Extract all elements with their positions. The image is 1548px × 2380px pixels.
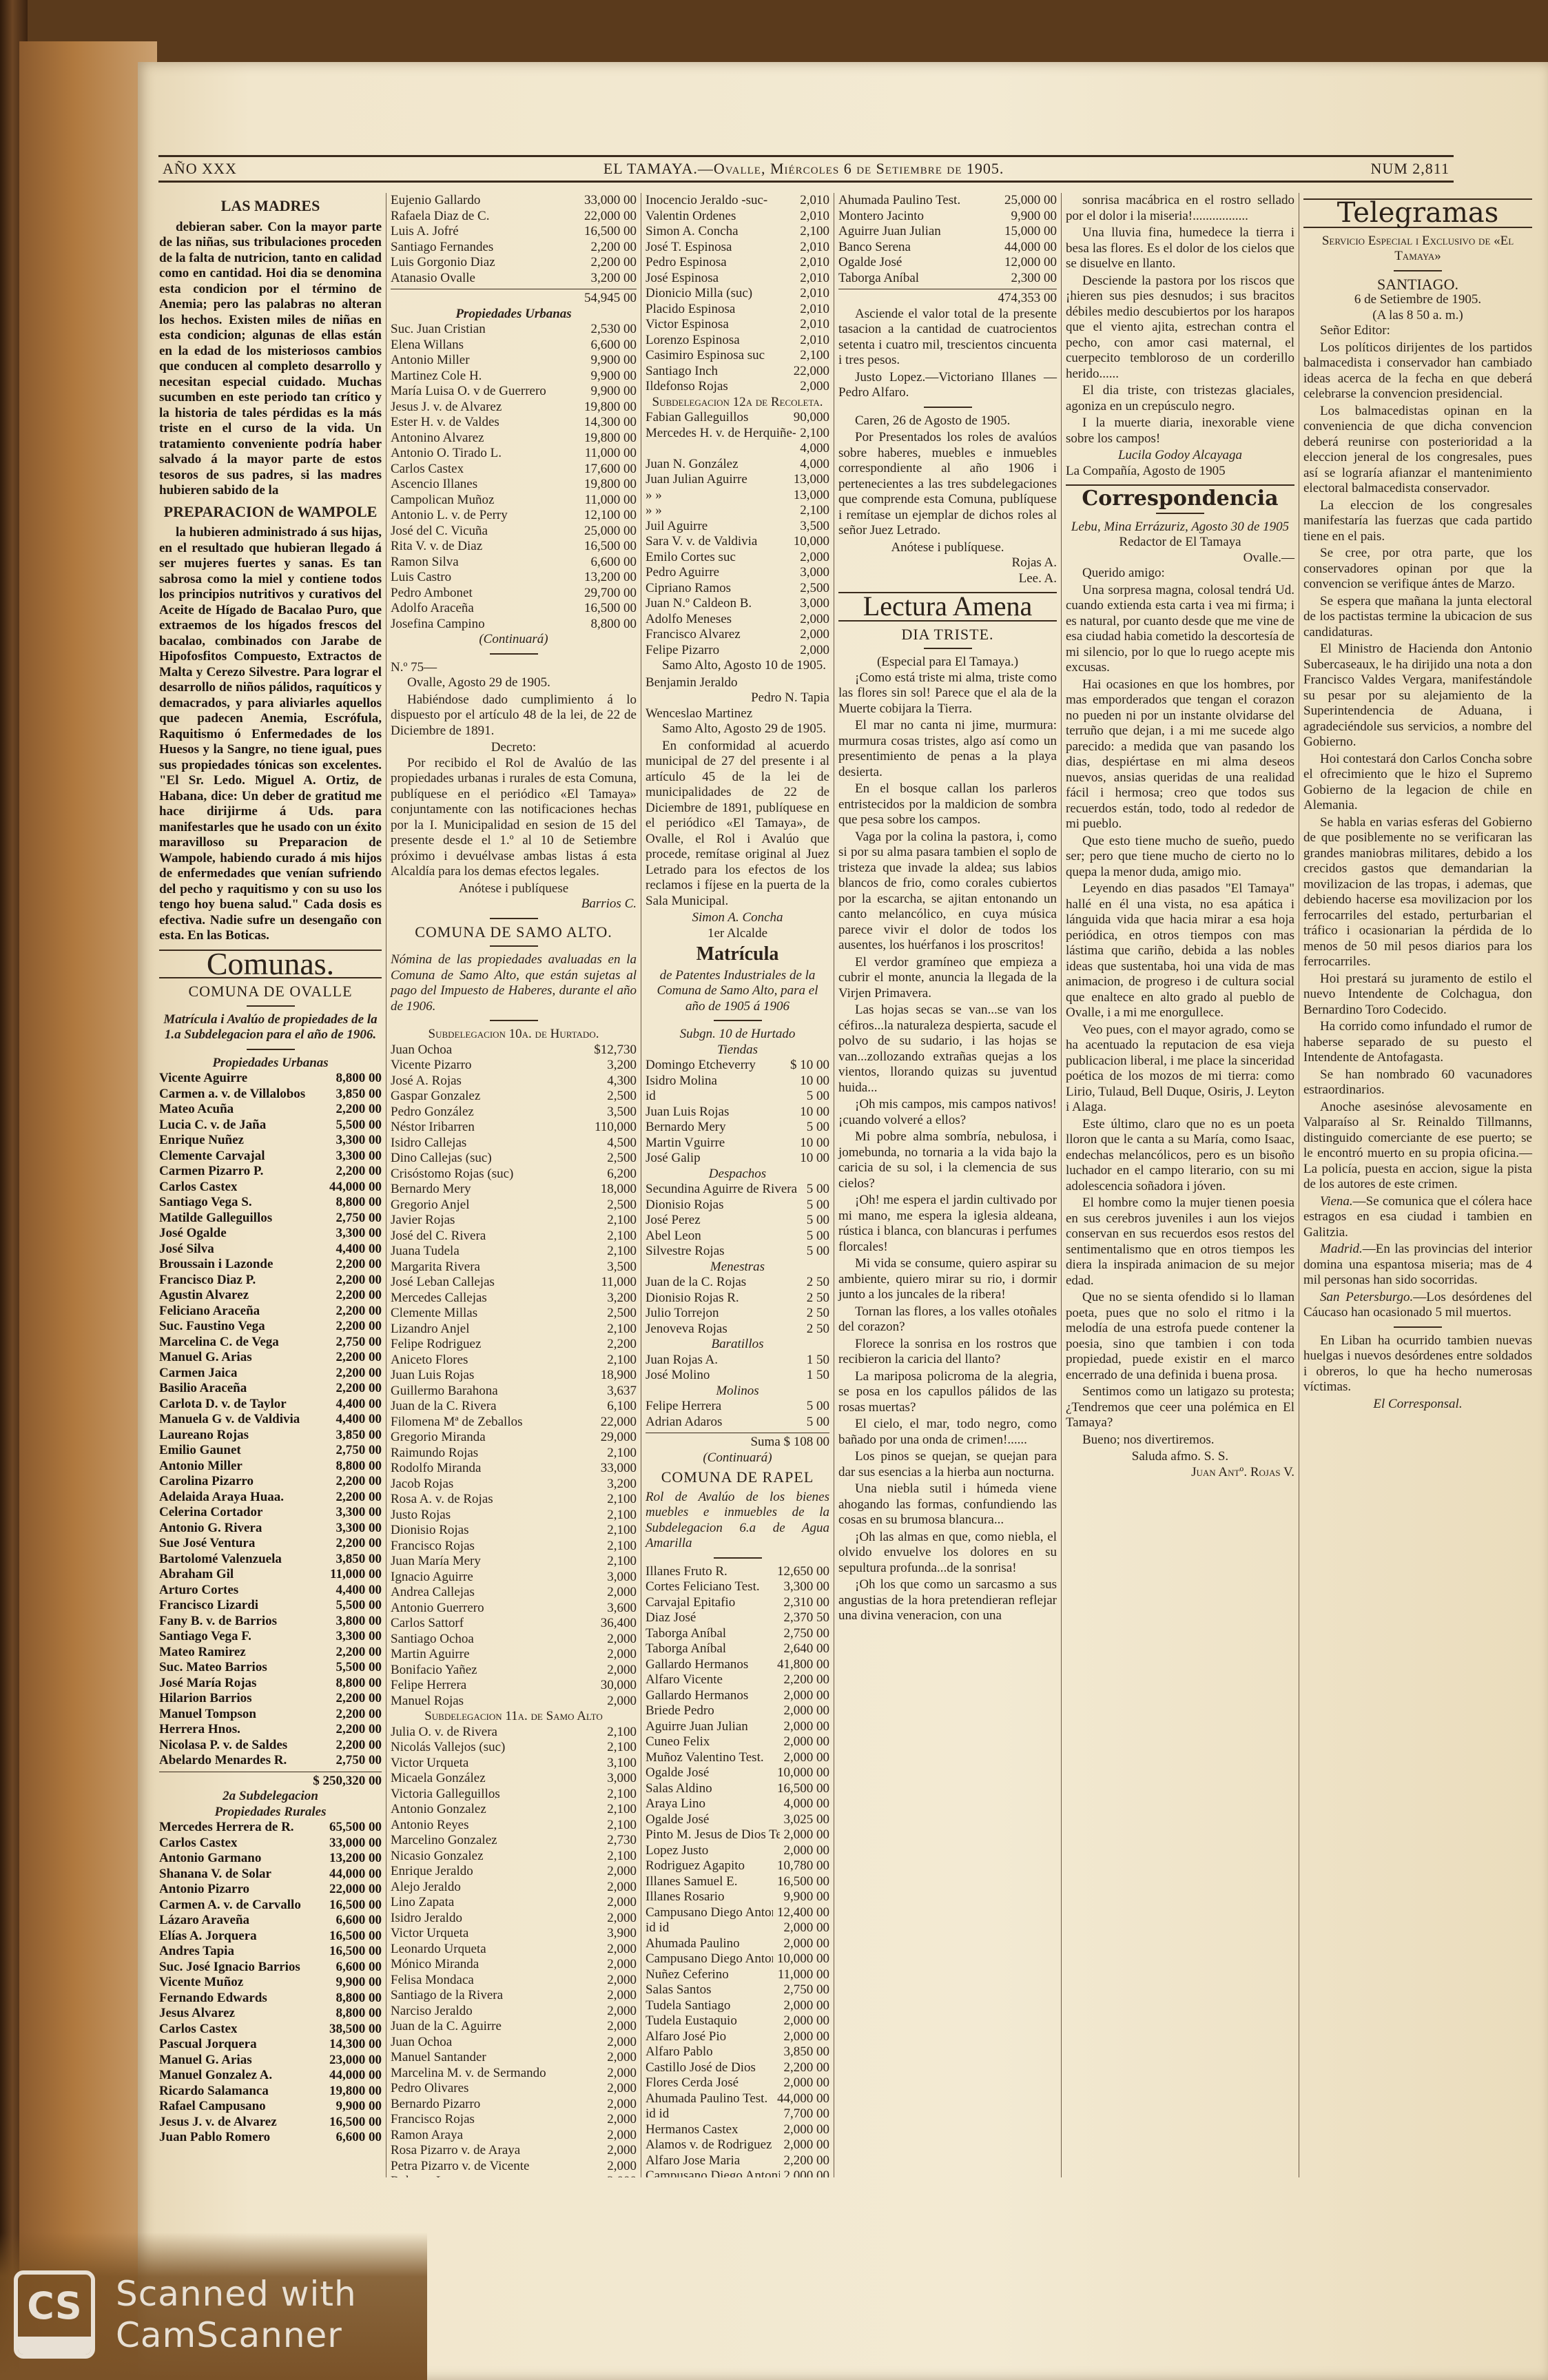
row-value: 3,300 00	[332, 1521, 382, 1537]
row-value: 3,300 00	[332, 1133, 382, 1149]
paragraph: Desciende la pastora por los riscos que …	[1066, 274, 1294, 382]
paragraph: Mi pobre alma sombría, nebulosa, i jomeb…	[838, 1129, 1057, 1191]
row-name: Lizandro Anjel	[391, 1322, 470, 1337]
row-value: 2,010	[796, 255, 829, 271]
row-value: $12,730	[590, 1043, 637, 1058]
paragraph: Una sorpresa magna, colosal tendrá Ud. c…	[1066, 583, 1294, 676]
paragraph: Mi vida se consume, quiero aspirar su am…	[838, 1256, 1057, 1303]
row-name: Martin Vguirre	[646, 1136, 725, 1151]
list-row: Emilio Gaunet2,750 00	[159, 1443, 382, 1459]
row-value: 16,500 00	[325, 1898, 382, 1914]
list-row: José Perez5 00	[646, 1213, 829, 1229]
list-row: Campusano Diego Antonio12,400 00	[646, 1905, 829, 1921]
list-row: Ramon Araya2,000	[391, 2128, 637, 2144]
list-row: Rodolfo Miranda33,000	[391, 1461, 637, 1477]
row-name: Pedro Aguirre	[646, 565, 719, 581]
row-value: 5 00	[803, 1182, 829, 1198]
paragraph: Florece la sonrisa en los rostros que re…	[838, 1337, 1057, 1368]
row-value: 13,000	[790, 472, 829, 488]
row-name: Adolfo Meneses	[646, 612, 732, 628]
row-name: Banco Serena	[838, 240, 911, 256]
column-5: sonrisa macábrica en el rostro sellado p…	[1061, 193, 1299, 2177]
row-value: 2,000	[603, 2081, 637, 2097]
list-row: Alfaro Jose Maria2,200 00	[646, 2153, 829, 2169]
row-value: 2,200 00	[332, 1536, 382, 1552]
row-value: 2,310 00	[780, 1595, 830, 1611]
list-row: Taborga Aníbal2,640 00	[646, 1641, 829, 1657]
list-row: Pedro Espinosa2,010	[646, 255, 829, 271]
row-name: Placido Espinosa	[646, 302, 735, 318]
masthead: AÑO XXX EL TAMAYA.—Ovalle, Miércoles 6 d…	[158, 155, 1454, 183]
row-value: 2,000	[603, 1988, 637, 2004]
row-value: 44,000 00	[773, 2091, 829, 2107]
row-value: 13,000	[790, 488, 829, 504]
row-name: Vicente Pizarro	[391, 1058, 472, 1074]
row-name: Filomena Mª de Zeballos	[391, 1415, 523, 1430]
row-name: Nuñez Ceferino	[646, 1967, 729, 1983]
list-row: Isidro Molina10 00	[646, 1074, 829, 1089]
row-name: Antonio Garmano	[159, 1851, 261, 1867]
row-value: 2,500	[603, 1198, 637, 1213]
list-row: José del C. Vicuña25,000 00	[391, 524, 637, 540]
list-row: Juan Rojas A.1 50	[646, 1353, 829, 1368]
row-value: 2,010	[796, 317, 829, 333]
row-name: Jacob Rojas	[391, 1477, 453, 1492]
row-name: Suc. José Ignacio Barrios	[159, 1960, 300, 1976]
row-name: Clemente Millas	[391, 1306, 477, 1322]
row-name: Domingo Etcheverry	[646, 1058, 756, 1074]
list-row: Juil Aguirre3,500	[646, 519, 829, 535]
row-value: 2,200	[603, 1337, 637, 1353]
row-value: 2,100	[603, 1508, 637, 1524]
list-row: José T. Espinosa2,010	[646, 240, 829, 256]
list-row: José Espinosa2,010	[646, 271, 829, 287]
telegram-time: (A las 8 50 a. m.)	[1303, 308, 1532, 324]
list-row: Carlos Castex33,000 00	[159, 1836, 382, 1851]
list-row: Shanana V. de Solar44,000 00	[159, 1867, 382, 1883]
row-value: 8,800 00	[332, 1459, 382, 1475]
paragraph: Tornan las flores, a los valles otoñales…	[838, 1304, 1057, 1335]
row-name: Silvestre Rojas	[646, 1244, 725, 1260]
row-name: Lopez Justo	[646, 1843, 708, 1859]
row-value: 2 50	[803, 1306, 829, 1322]
row-value: 17,600 00	[580, 462, 637, 478]
telegram-liban: En Liban ha ocurrido tambien nuevas huel…	[1303, 1333, 1532, 1395]
row-value: 2,000	[603, 1911, 637, 1927]
list-row: Suc. Juan Cristian2,530 00	[391, 322, 637, 338]
corr-signature: Juan Antº. Rojas V.	[1066, 1465, 1294, 1481]
list-row: Bartolomé Valenzuela3,850 00	[159, 1552, 382, 1568]
row-value: 2,640 00	[780, 1641, 830, 1657]
row-name: Ahumada Paulino Test.	[646, 2091, 767, 2107]
list-row: Campusano Diego Antonio2,000 00	[646, 2168, 829, 2177]
row-name: Antonino Alvarez	[391, 431, 484, 447]
comuna-ovalle-title: COMUNA DE OVALLE	[159, 984, 382, 1000]
list-row: Victor Urqueta3,100	[391, 1756, 637, 1772]
paragraph: Hai ocasiones en que los hombres, por ma…	[1066, 677, 1294, 832]
list-row: Carlos Castex17,600 00	[391, 462, 637, 478]
telegram-items: Los políticos dirijentes de los partidos…	[1303, 340, 1532, 1193]
row-name: Clemente Carvajal	[159, 1149, 265, 1165]
row-value: 9,900 00	[332, 1975, 382, 1991]
row-value: 2,010	[796, 240, 829, 256]
row-value: 3,500	[603, 1105, 637, 1120]
list-row: Francisco Diaz P.2,200 00	[159, 1273, 382, 1289]
list-row: María Luisa O. v de Guerrero9,900 00	[391, 384, 637, 400]
column-4: Ahumada Paulino Test.25,000 00Montero Ja…	[834, 193, 1061, 2177]
list-row: Javier Rojas2,100	[391, 1213, 637, 1229]
row-name: Isidro Callejas	[391, 1136, 466, 1151]
row-value: 3,637	[603, 1384, 637, 1399]
paragraph: Veo pues, con el mayor agrado, como se h…	[1066, 1023, 1294, 1116]
row-name: Francisco Rojas	[391, 2112, 475, 2128]
list-row: Antonio Miller8,800 00	[159, 1459, 382, 1475]
row-name: José A. Rojas	[391, 1074, 462, 1089]
row-value: 2,000	[796, 550, 829, 566]
row-value: 2,000	[603, 2050, 637, 2066]
list-row: Emilo Cortes suc2,000	[646, 550, 829, 566]
list-row: Inocencio Jeraldo -suc-2,010	[646, 193, 829, 209]
row-value: 2,530 00	[587, 322, 637, 338]
row-value: 5,500 00	[332, 1660, 382, 1676]
row-name: José Leban Callejas	[391, 1275, 495, 1291]
paragraph: La eleccion de los congresales manifesta…	[1303, 498, 1532, 545]
row-value: 5 00	[803, 1244, 829, 1260]
row-value: 2,730	[603, 1833, 637, 1849]
paragraph: Los balmacedistas opinan en la convenien…	[1303, 404, 1532, 497]
menestras-heading: Menestras	[646, 1260, 829, 1275]
list-row: Carlos Sattorf36,400	[391, 1616, 637, 1632]
paragraph: Los políticos dirijentes de los partidos…	[1303, 340, 1532, 402]
row-value: 3,850 00	[332, 1552, 382, 1568]
row-value: 5 00	[803, 1213, 829, 1229]
row-value: 2,000	[603, 1880, 637, 1896]
row-name: Adolfo Araceña	[391, 601, 474, 617]
row-value: 2,100	[603, 1523, 637, 1539]
list-row: Juan Julian Aguirre13,000	[646, 472, 829, 488]
tiendas-heading: Tiendas	[646, 1043, 829, 1058]
row-name: id id	[646, 2106, 669, 2122]
camscanner-logo-icon: CS	[14, 2270, 95, 2359]
row-value: 2,200 00	[780, 1672, 830, 1688]
row-value: 2,000	[603, 2004, 637, 2020]
corr-greeting: Querido amigo:	[1066, 566, 1294, 582]
row-name: Victor Urqueta	[391, 1926, 468, 1942]
list-row: Abelardo Menardes R.2,750 00	[159, 1753, 382, 1769]
row-value: 2,000 00	[780, 1734, 830, 1750]
row-value: 2,100	[603, 1446, 637, 1461]
list-row: Margarita Rivera3,500	[391, 1260, 637, 1275]
row-name: Agustin Alvarez	[159, 1288, 249, 1304]
row-name: Ogalde José	[646, 1812, 709, 1828]
list-row: Nicolás Vallejos (suc)2,100	[391, 1740, 637, 1756]
row-name: Dino Callejas (suc)	[391, 1151, 492, 1167]
correspondencia-text: Una sorpresa magna, colosal tendrá Ud. c…	[1066, 583, 1294, 1448]
foreign-telegram: Viena.—Se comunica que el cólera hace es…	[1303, 1194, 1532, 1241]
row-name: Néstor Iribarren	[391, 1120, 475, 1136]
list-row: Ogalde José3,025 00	[646, 1812, 829, 1828]
column-6: Telegramas Servicio Especial i Exclusivo…	[1299, 193, 1536, 2177]
row-name: Broussain i Lazonde	[159, 1257, 273, 1273]
list-row: Luis Castro13,200 00	[391, 570, 637, 586]
row-name: Antonio Miller	[391, 353, 470, 369]
list-row: Elías A. Jorquera16,500 00	[159, 1929, 382, 1945]
list-row: Carmen a. v. de Villalobos3,850 00	[159, 1087, 382, 1102]
row-name: Juan Julian Aguirre	[646, 472, 747, 488]
row-value: 3,200	[603, 1477, 637, 1492]
row-value: 2,300 00	[1007, 271, 1057, 287]
row-name: Carolina Pizarro	[159, 1474, 254, 1490]
row-value: 2,000	[603, 1973, 637, 1989]
row-name: Bartolomé Valenzuela	[159, 1552, 282, 1568]
paragraph: ¡Oh! me espera el jardin cultivado por m…	[838, 1193, 1057, 1255]
samo-decree-role: 1er Alcalde	[646, 926, 829, 942]
row-name: Juan Luis Rojas	[646, 1105, 729, 1120]
list-row: Julia O. v. de Rivera2,100	[391, 1725, 637, 1741]
row-value: 5 00	[803, 1415, 829, 1430]
list-row: Fany B. v. de Barrios3,800 00	[159, 1614, 382, 1630]
row-value: 3,100	[603, 1756, 637, 1772]
corr-place: Lebu, Mina Errázuriz, Agosto 30 de 1905	[1066, 520, 1294, 535]
row-value: 25,000 00	[1000, 193, 1057, 209]
rapel-subtitle: Rol de Avalúo de los bienes muebles e in…	[646, 1490, 829, 1552]
row-value: 3,300 00	[780, 1579, 830, 1595]
row-value: 6,600 00	[332, 1960, 382, 1976]
row-value: 6,600 00	[587, 555, 637, 571]
list-row: Illanes Samuel E.16,500 00	[646, 1874, 829, 1890]
list-row: Roberto Lopez2,000	[391, 2174, 637, 2177]
row-name: Feliciano Araceña	[159, 1304, 260, 1320]
row-value: 2,000	[603, 1864, 637, 1880]
row-name: Isidro Molina	[646, 1074, 717, 1089]
row-name: Jenoveva Rojas	[646, 1322, 727, 1337]
correspondencia-title: Correspondencia	[1066, 491, 1294, 507]
row-value: 2,200 00	[332, 1691, 382, 1707]
row-value: 36,400	[597, 1616, 637, 1632]
corr-close: Saluda afmo. S. S.	[1066, 1449, 1294, 1465]
row-name: Andrea Callejas	[391, 1585, 475, 1601]
row-name: Margarita Rivera	[391, 1260, 480, 1275]
row-name: Juan Ochoa	[391, 1043, 452, 1058]
row-name: Campusano Diego Antonio	[646, 2168, 780, 2177]
list-row: Micaela González3,000	[391, 1771, 637, 1787]
row-name: Tudela Santiago	[646, 1998, 730, 2014]
paragraph: Que esto tiene mucho de sueño, puedo ser…	[1066, 834, 1294, 881]
row-name: Abelardo Menardes R.	[159, 1753, 287, 1769]
list-row: Petra Pizarro v. de Vicente2,000	[391, 2159, 637, 2175]
row-name: Victoria Galleguillos	[391, 1787, 500, 1803]
row-value: $ 10 00	[786, 1058, 829, 1074]
list-row: Juan N. González4,000	[646, 457, 829, 473]
urban-heading-2: Propiedades Urbanas	[391, 307, 637, 322]
row-name: Suc. Juan Cristian	[391, 322, 486, 338]
row-value: 11,000 00	[774, 1967, 829, 1983]
row-name: Matilde Galleguillos	[159, 1211, 272, 1227]
list-row: Francisco Rojas2,100	[391, 1539, 637, 1555]
row-name: Ildefonso Rojas	[646, 379, 728, 395]
list-row: Salas Santos2,750 00	[646, 1982, 829, 1998]
row-name: Lucia C. v. de Jaña	[159, 1118, 266, 1133]
menestras-list: Juan de la C. Rojas2 50Dionisio Rojas R.…	[646, 1275, 829, 1337]
row-value: 3,800 00	[332, 1614, 382, 1630]
list-row: Pedro González3,500	[391, 1105, 637, 1120]
row-value: 2,000	[603, 1942, 637, 1958]
column-1: LAS MADRES debieran saber. Con la mayor …	[155, 193, 386, 2177]
row-name: Juan Pablo Romero	[159, 2130, 270, 2146]
row-value: 41,800 00	[773, 1657, 829, 1673]
list-row: José Leban Callejas11,000	[391, 1275, 637, 1291]
paragraph: Se han nombrado 60 vacunadores estraordi…	[1303, 1067, 1532, 1098]
row-value: 9,900 00	[780, 1889, 830, 1905]
row-value: 5 00	[803, 1198, 829, 1213]
row-value: 16,500 00	[325, 1944, 382, 1960]
list-row: Juan de la C. Aguirre2,000	[391, 2019, 637, 2035]
row-name: Josefina Campino	[391, 617, 485, 633]
row-name: Ricardo Salamanca	[159, 2084, 269, 2100]
article-author: Lucila Godoy Alcayaga	[1066, 448, 1294, 464]
list-row: Victor Espinosa2,010	[646, 317, 829, 333]
list-row: Adelaida Araya Huaa.2,200 00	[159, 1490, 382, 1506]
property-list-2: Suc. Juan Cristian2,530 00Elena Willans6…	[391, 322, 637, 632]
row-name: Juan N. González	[646, 457, 739, 473]
row-value: 2,500	[603, 1089, 637, 1105]
list-row: Alejo Jeraldo2,000	[391, 1880, 637, 1896]
paragraph: Una lluvia fina, humedece la tierra i be…	[1066, 225, 1294, 272]
list-row: Felisa Mondaca2,000	[391, 1973, 637, 1989]
row-name: Muñoz Valentino Test.	[646, 1750, 764, 1766]
list-row: Juan Pablo Romero6,600 00	[159, 2130, 382, 2146]
list-row: Santiago de la Rivera2,000	[391, 1988, 637, 2004]
row-name: Campolican Muñoz	[391, 493, 494, 509]
rapel-title: COMUNA DE RAPEL	[646, 1470, 829, 1486]
row-value: 16,500 00	[580, 539, 637, 555]
list-row: Elena Willans6,600 00	[391, 338, 637, 353]
row-value: 2,500	[603, 1151, 637, 1167]
article-place-date: La Compañía, Agosto de 1905	[1066, 464, 1294, 480]
row-value: 3,200	[603, 1058, 637, 1074]
paragraph: La mariposa policroma de la alegria, se …	[838, 1369, 1057, 1416]
row-value: 2,100	[603, 1725, 637, 1741]
despachos-list: Secundina Aguirre de Rivera5 00Dionisio …	[646, 1182, 829, 1260]
urban-heading: Propiedades Urbanas	[159, 1056, 382, 1071]
list-row: Rosa Pizarro v. de Araya2,000	[391, 2143, 637, 2159]
list-row: Alamos v. de Rodriguez2,000 00	[646, 2137, 829, 2153]
list-row: Juana Tudela2,100	[391, 1244, 637, 1260]
list-row: Dionisio Rojas5 00	[646, 1198, 829, 1213]
list-row: Ahumada Paulino2,000 00	[646, 1936, 829, 1952]
list-row: Carmen A. v. de Carvallo16,500 00	[159, 1898, 382, 1914]
row-name: Antonio O. Tirado L.	[391, 446, 502, 462]
foreign-telegram: Madrid.—En las provincias del interior d…	[1303, 1242, 1532, 1289]
row-name: Narciso Jeraldo	[391, 2004, 473, 2020]
row-value: 10,000 00	[773, 1765, 829, 1781]
list-row: Abel Leon5 00	[646, 1229, 829, 1244]
row-value: 15,000 00	[1000, 224, 1057, 240]
list-row: Juan Ochoa2,000	[391, 2035, 637, 2051]
row-name: Aguirre Juan Julian	[838, 224, 941, 240]
row-name: Victor Urqueta	[391, 1756, 468, 1772]
row-name: Manuel Rojas	[391, 1694, 464, 1710]
list-row: Carmen Jaica2,200 00	[159, 1366, 382, 1382]
row-value: 12,100 00	[580, 508, 637, 524]
row-name: Bernardo Mery	[391, 1182, 471, 1198]
list-row: Manuel Tompson2,200 00	[159, 1707, 382, 1723]
row-value: 2,000	[603, 1632, 637, 1648]
list-row: Sara V. v. de Valdivia10,000	[646, 534, 829, 550]
ad-title: LAS MADRES	[159, 198, 382, 214]
row-name: Rodolfo Miranda	[391, 1461, 481, 1477]
row-name: Laureano Rojas	[159, 1428, 249, 1444]
property-list-1: Eujenio Gallardo33,000 00Rafaela Diaz de…	[391, 193, 637, 286]
continuara: (Continuará)	[391, 632, 637, 648]
row-name: Julio Torrejon	[646, 1306, 719, 1322]
list-row: Lorenzo Espinosa2,010	[646, 333, 829, 349]
row-value: 3,200 00	[587, 271, 637, 287]
row-name: Pedro González	[391, 1105, 474, 1120]
row-value: 19,800 00	[325, 2084, 382, 2100]
row-name: José Ogalde	[159, 1226, 227, 1242]
molinos-heading: Molinos	[646, 1384, 829, 1399]
row-name: Atanasio Ovalle	[391, 271, 475, 287]
list-row: Manuel G. Arias23,000 00	[159, 2053, 382, 2069]
list-row: Suc. Mateo Barrios5,500 00	[159, 1660, 382, 1676]
row-value: 2,100	[603, 1213, 637, 1229]
row-name: Antonio Pizarro	[159, 1882, 249, 1898]
row-value: 3,900	[603, 1926, 637, 1942]
row-value: 13,200 00	[325, 1851, 382, 1867]
row-value: 3,500	[603, 1260, 637, 1275]
row-name: Montero Jacinto	[838, 209, 924, 225]
list-row: Gregorio Anjel2,500	[391, 1198, 637, 1213]
row-name: Manuel Santander	[391, 2050, 486, 2066]
row-value: 22,000 00	[580, 209, 637, 225]
paragraph: Este último, claro que no es un poeta ll…	[1066, 1117, 1294, 1195]
paragraph: Se espera que mañana la junta electoral …	[1303, 594, 1532, 641]
list-row: Dionicio Milla (suc)2,010	[646, 286, 829, 302]
row-name: Illanes Fruto R.	[646, 1564, 727, 1580]
row-name: Abraham Gil	[159, 1567, 234, 1583]
list-row: » »13,000	[646, 488, 829, 504]
row-value: 2,000 00	[780, 2122, 830, 2138]
row-value: 2,000	[796, 612, 829, 628]
row-name: Flores Cerda José	[646, 2075, 739, 2091]
list-row: Rosa A. v. de Rojas2,100	[391, 1492, 637, 1508]
row-name: Juana Tudela	[391, 1244, 460, 1260]
samo-alto-subtitle: Nómina de las propiedades avaluadas en l…	[391, 952, 637, 1014]
list-row: Luis A. Jofré16,500 00	[391, 224, 637, 240]
row-value: 65,500 00	[325, 1820, 382, 1836]
row-name: Andres Tapia	[159, 1944, 234, 1960]
list-row: Victoria Galleguillos2,100	[391, 1787, 637, 1803]
row-value: 2,010	[796, 271, 829, 287]
row-value: 2,100	[603, 1353, 637, 1368]
row-value: 2,200 00	[332, 1707, 382, 1723]
row-value: 2,000 00	[780, 2029, 830, 2045]
list-row: Simon A. Concha2,100	[646, 224, 829, 240]
list-row: Suc. José Ignacio Barrios6,600 00	[159, 1960, 382, 1976]
row-name: Eujenio Gallardo	[391, 193, 480, 209]
list-row: Bernardo Mery5 00	[646, 1120, 829, 1136]
row-name: Mónico Miranda	[391, 1957, 479, 1973]
list-row: Marcelino Gonzalez2,730	[391, 1833, 637, 1849]
list-row: Bernardo Pizarro2,000	[391, 2097, 637, 2113]
row-value: 2,000	[603, 1957, 637, 1973]
row-value: 22,000	[597, 1415, 637, 1430]
matricula-subtitle: de Patentes Industriales de la Comuna de…	[646, 968, 829, 1015]
row-name: Juil Aguirre	[646, 519, 708, 535]
list-row: Manuel Santander2,000	[391, 2050, 637, 2066]
row-value: 6,600 00	[332, 2130, 382, 2146]
